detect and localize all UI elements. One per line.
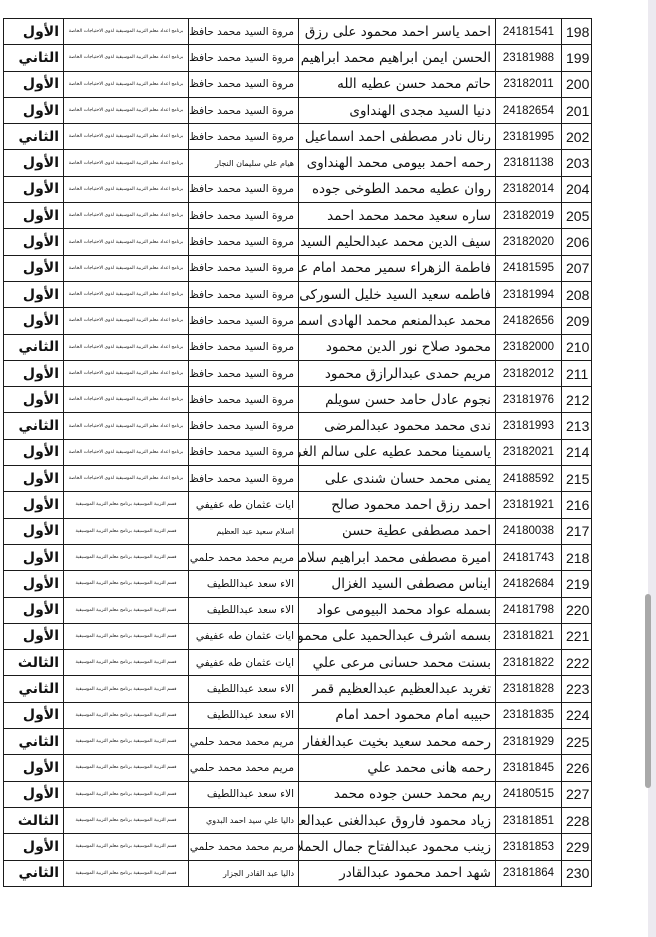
student-roster-table: 198 24181541 احمد ياسر احمد محمود على رز… xyxy=(3,18,592,887)
program-cell: برنامج اعداد معلم التربية الموسيقية لذوي… xyxy=(64,360,189,386)
student-id-cell: 23182012 xyxy=(496,360,562,386)
group-cell: الأول xyxy=(4,150,64,176)
student-id-cell: 23181821 xyxy=(496,623,562,649)
student-id-cell: 23182020 xyxy=(496,229,562,255)
row-number-cell: 215 xyxy=(562,466,592,492)
row-number-cell: 217 xyxy=(562,518,592,544)
row-number-cell: 225 xyxy=(562,729,592,755)
row-number-cell: 216 xyxy=(562,492,592,518)
group-cell: الأول xyxy=(4,281,64,307)
student-id-cell: 23181822 xyxy=(496,650,562,676)
student-name-cell: نجوم عادل حامد حسن سويلم xyxy=(299,387,496,413)
supervisor-cell: مروة السيد محمد حافظ xyxy=(189,71,299,97)
program-cell: برنامج اعداد معلم التربية الموسيقية لذوي… xyxy=(64,19,189,45)
supervisor-cell: الاء سعد عبداللطيف xyxy=(189,702,299,728)
student-id-cell: 23181976 xyxy=(496,387,562,413)
supervisor-cell: مروة السيد محمد حافظ xyxy=(189,124,299,150)
student-id-cell: 23181995 xyxy=(496,124,562,150)
supervisor-cell: مروة السيد محمد حافظ xyxy=(189,176,299,202)
supervisor-cell: مريم محمد محمد حلمي xyxy=(189,834,299,860)
student-name-cell: تغريد عبدالعظيم عبدالعظيم قمر xyxy=(299,676,496,702)
student-name-cell: الحسن ايمن ابراهيم محمد ابراهيم xyxy=(299,45,496,71)
student-id-cell: 23181988 xyxy=(496,45,562,71)
group-cell: الأول xyxy=(4,544,64,570)
program-cell: قسم التربية الموسيقية برنامج معلم التربي… xyxy=(64,492,189,518)
table-row: 220 24181798 بسمله عواد محمد البيومى عوا… xyxy=(4,597,592,623)
program-cell: برنامج اعداد معلم التربية الموسيقية لذوي… xyxy=(64,124,189,150)
program-cell: برنامج اعداد معلم التربية الموسيقية لذوي… xyxy=(64,255,189,281)
program-cell: برنامج اعداد معلم التربية الموسيقية لذوي… xyxy=(64,71,189,97)
table-row: 229 23181853 زينب محمود عبدالفتاح جمال ا… xyxy=(4,834,592,860)
student-id-cell: 23181828 xyxy=(496,676,562,702)
program-cell: برنامج اعداد معلم التربية الموسيقية لذوي… xyxy=(64,150,189,176)
student-id-cell: 23181929 xyxy=(496,729,562,755)
supervisor-cell: مروة السيد محمد حافظ xyxy=(189,229,299,255)
row-number-cell: 202 xyxy=(562,124,592,150)
table-row: 225 23181929 رحمه محمد سعيد بخيت عبدالغف… xyxy=(4,729,592,755)
row-number-cell: 224 xyxy=(562,702,592,728)
table-row: 221 23181821 بسمه اشرف عبدالحميد على محم… xyxy=(4,623,592,649)
student-name-cell: بسنت محمد حسانى مرعى علي xyxy=(299,650,496,676)
supervisor-cell: الاء سعد عبداللطيف xyxy=(189,781,299,807)
supervisor-cell: الاء سعد عبداللطيف xyxy=(189,676,299,702)
row-number-cell: 228 xyxy=(562,807,592,833)
student-id-cell: 24181595 xyxy=(496,255,562,281)
student-name-cell: ياسمينا محمد عطيه على سالم الغرباوى xyxy=(299,439,496,465)
student-id-cell: 23182011 xyxy=(496,71,562,97)
table-row: 227 24180515 ريم محمد حسن جوده محمد الاء… xyxy=(4,781,592,807)
group-cell: الثاني xyxy=(4,124,64,150)
group-cell: الأول xyxy=(4,71,64,97)
group-cell: الأول xyxy=(4,308,64,334)
group-cell: الأول xyxy=(4,834,64,860)
table-row: 206 23182020 سيف الدين محمد عبدالحليم ال… xyxy=(4,229,592,255)
row-number-cell: 201 xyxy=(562,97,592,123)
student-id-cell: 23182021 xyxy=(496,439,562,465)
table-row: 226 23181845 رحمه هانى محمد علي مريم محم… xyxy=(4,755,592,781)
supervisor-cell: ايات عثمان طه عفيفي xyxy=(189,492,299,518)
row-number-cell: 229 xyxy=(562,834,592,860)
student-id-cell: 24181798 xyxy=(496,597,562,623)
student-id-cell: 24181541 xyxy=(496,19,562,45)
student-name-cell: محمود صلاح نور الدين محمود xyxy=(299,334,496,360)
student-id-cell: 24182654 xyxy=(496,97,562,123)
table-row: 228 23181851 زياد محمود فاروق عبدالغنى ع… xyxy=(4,807,592,833)
supervisor-cell: مروة السيد محمد حافظ xyxy=(189,45,299,71)
roster-body: 198 24181541 احمد ياسر احمد محمود على رز… xyxy=(4,19,592,887)
program-cell: قسم التربية الموسيقية برنامج معلم التربي… xyxy=(64,544,189,570)
student-id-cell: 23181994 xyxy=(496,281,562,307)
supervisor-cell: داليا علي سيد احمد البدوي xyxy=(189,807,299,833)
student-name-cell: حبيبه امام محمود احمد امام xyxy=(299,702,496,728)
group-cell: الثاني xyxy=(4,676,64,702)
student-name-cell: فاطمة الزهراء سمير محمد امام على xyxy=(299,255,496,281)
student-id-cell: 24188592 xyxy=(496,466,562,492)
program-cell: برنامج اعداد معلم التربية الموسيقية لذوي… xyxy=(64,466,189,492)
supervisor-cell: مروة السيد محمد حافظ xyxy=(189,466,299,492)
student-id-cell: 23181835 xyxy=(496,702,562,728)
table-row: 204 23182014 روان عطيه محمد الطوخى جوده … xyxy=(4,176,592,202)
table-row: 218 24181743 اميرة مصطفى محمد ابراهيم سل… xyxy=(4,544,592,570)
program-cell: قسم التربية الموسيقية برنامج معلم التربي… xyxy=(64,807,189,833)
student-id-cell: 24182656 xyxy=(496,308,562,334)
student-name-cell: احمد مصطفى عطية حسن xyxy=(299,518,496,544)
program-cell: برنامج اعداد معلم التربية الموسيقية لذوي… xyxy=(64,308,189,334)
table-row: 222 23181822 بسنت محمد حسانى مرعى علي اي… xyxy=(4,650,592,676)
supervisor-cell: مروة السيد محمد حافظ xyxy=(189,387,299,413)
program-cell: قسم التربية الموسيقية برنامج معلم التربي… xyxy=(64,676,189,702)
group-cell: الأول xyxy=(4,597,64,623)
table-row: 205 23182019 ساره سعيد محمد محمد احمد مر… xyxy=(4,203,592,229)
row-number-cell: 219 xyxy=(562,571,592,597)
program-cell: قسم التربية الموسيقية برنامج معلم التربي… xyxy=(64,597,189,623)
row-number-cell: 220 xyxy=(562,597,592,623)
table-row: 214 23182021 ياسمينا محمد عطيه على سالم … xyxy=(4,439,592,465)
group-cell: الأول xyxy=(4,360,64,386)
student-id-cell: 23182014 xyxy=(496,176,562,202)
program-cell: برنامج اعداد معلم التربية الموسيقية لذوي… xyxy=(64,176,189,202)
program-cell: قسم التربية الموسيقية برنامج معلم التربي… xyxy=(64,650,189,676)
group-cell: الأول xyxy=(4,623,64,649)
table-row: 207 24181595 فاطمة الزهراء سمير محمد اما… xyxy=(4,255,592,281)
student-id-cell: 23181138 xyxy=(496,150,562,176)
row-number-cell: 205 xyxy=(562,203,592,229)
student-id-cell: 23181851 xyxy=(496,807,562,833)
program-cell: قسم التربية الموسيقية برنامج معلم التربي… xyxy=(64,702,189,728)
row-number-cell: 204 xyxy=(562,176,592,202)
program-cell: برنامج اعداد معلم التربية الموسيقية لذوي… xyxy=(64,281,189,307)
student-name-cell: حاتم محمد حسن عطيه الله xyxy=(299,71,496,97)
row-number-cell: 230 xyxy=(562,860,592,886)
program-cell: برنامج اعداد معلم التربية الموسيقية لذوي… xyxy=(64,413,189,439)
table-row: 230 23181864 شهد احمد محمود عبدالقادر دا… xyxy=(4,860,592,886)
student-name-cell: رحمه هانى محمد علي xyxy=(299,755,496,781)
student-name-cell: رحمه محمد سعيد بخيت عبدالغفار xyxy=(299,729,496,755)
row-number-cell: 208 xyxy=(562,281,592,307)
program-cell: برنامج اعداد معلم التربية الموسيقية لذوي… xyxy=(64,334,189,360)
row-number-cell: 207 xyxy=(562,255,592,281)
row-number-cell: 210 xyxy=(562,334,592,360)
table-row: 219 24182684 ايناس مصطفى السيد الغزال ال… xyxy=(4,571,592,597)
student-name-cell: زياد محمود فاروق عبدالغنى عبدالعال xyxy=(299,807,496,833)
program-cell: قسم التربية الموسيقية برنامج معلم التربي… xyxy=(64,571,189,597)
table-row: 224 23181835 حبيبه امام محمود احمد امام … xyxy=(4,702,592,728)
table-row: 202 23181995 رنال نادر مصطفى احمد اسماعي… xyxy=(4,124,592,150)
program-cell: برنامج اعداد معلم التربية الموسيقية لذوي… xyxy=(64,45,189,71)
table-row: 208 23181994 فاطمه سعيد السيد خليل السور… xyxy=(4,281,592,307)
row-number-cell: 214 xyxy=(562,439,592,465)
group-cell: الأول xyxy=(4,571,64,597)
supervisor-cell: هيام علي سليمان النجار xyxy=(189,150,299,176)
student-name-cell: ندى محمد محمود عبدالمرضى xyxy=(299,413,496,439)
table-row: 215 24188592 يمنى محمد حسان شندى على مرو… xyxy=(4,466,592,492)
student-id-cell: 23181921 xyxy=(496,492,562,518)
group-cell: الأول xyxy=(4,439,64,465)
table-row: 216 23181921 احمد رزق احمد محمود صالح اي… xyxy=(4,492,592,518)
supervisor-cell: مروة السيد محمد حافظ xyxy=(189,308,299,334)
group-cell: الأول xyxy=(4,203,64,229)
student-name-cell: احمد رزق احمد محمود صالح xyxy=(299,492,496,518)
student-name-cell: شهد احمد محمود عبدالقادر xyxy=(299,860,496,886)
program-cell: برنامج اعداد معلم التربية الموسيقية لذوي… xyxy=(64,439,189,465)
table-row: 217 24180038 احمد مصطفى عطية حسن اسلام س… xyxy=(4,518,592,544)
table-row: 223 23181828 تغريد عبدالعظيم عبدالعظيم ق… xyxy=(4,676,592,702)
group-cell: الأول xyxy=(4,255,64,281)
table-row: 211 23182012 مريم حمدى عبدالرازق محمود م… xyxy=(4,360,592,386)
group-cell: الأول xyxy=(4,19,64,45)
program-cell: قسم التربية الموسيقية برنامج معلم التربي… xyxy=(64,834,189,860)
program-cell: برنامج اعداد معلم التربية الموسيقية لذوي… xyxy=(64,229,189,255)
supervisor-cell: مروة السيد محمد حافظ xyxy=(189,334,299,360)
program-cell: برنامج اعداد معلم التربية الموسيقية لذوي… xyxy=(64,97,189,123)
supervisor-cell: مروة السيد محمد حافظ xyxy=(189,360,299,386)
student-name-cell: ساره سعيد محمد محمد احمد xyxy=(299,203,496,229)
group-cell: الثاني xyxy=(4,860,64,886)
student-name-cell: رحمه احمد بيومى محمد الهنداوى xyxy=(299,150,496,176)
program-cell: قسم التربية الموسيقية برنامج معلم التربي… xyxy=(64,781,189,807)
supervisor-cell: مريم محمد محمد حلمي xyxy=(189,729,299,755)
supervisor-cell: مروة السيد محمد حافظ xyxy=(189,413,299,439)
group-cell: الثاني xyxy=(4,45,64,71)
group-cell: الأول xyxy=(4,97,64,123)
student-id-cell: 23182019 xyxy=(496,203,562,229)
supervisor-cell: مريم محمد محمد حلمي xyxy=(189,544,299,570)
supervisor-cell: مروة السيد محمد حافظ xyxy=(189,281,299,307)
table-row: 210 23182000 محمود صلاح نور الدين محمود … xyxy=(4,334,592,360)
program-cell: قسم التربية الموسيقية برنامج معلم التربي… xyxy=(64,860,189,886)
student-id-cell: 24180515 xyxy=(496,781,562,807)
program-cell: برنامج اعداد معلم التربية الموسيقية لذوي… xyxy=(64,203,189,229)
student-name-cell: محمد عبدالمنعم محمد الهادى اسماعيل xyxy=(299,308,496,334)
program-cell: قسم التربية الموسيقية برنامج معلم التربي… xyxy=(64,518,189,544)
student-name-cell: احمد ياسر احمد محمود على رزق xyxy=(299,19,496,45)
group-cell: الأول xyxy=(4,755,64,781)
group-cell: الثالث xyxy=(4,650,64,676)
student-id-cell: 23181853 xyxy=(496,834,562,860)
group-cell: الأول xyxy=(4,229,64,255)
row-number-cell: 198 xyxy=(562,19,592,45)
supervisor-cell: ايات عثمان طه عفيفي xyxy=(189,650,299,676)
student-name-cell: بسمله عواد محمد البيومى عواد xyxy=(299,597,496,623)
table-row: 198 24181541 احمد ياسر احمد محمود على رز… xyxy=(4,19,592,45)
group-cell: الأول xyxy=(4,492,64,518)
table-row: 201 24182654 دنيا السيد مجدى الهنداوى مر… xyxy=(4,97,592,123)
row-number-cell: 200 xyxy=(562,71,592,97)
student-name-cell: يمنى محمد حسان شندى على xyxy=(299,466,496,492)
document-page: 198 24181541 احمد ياسر احمد محمود على رز… xyxy=(0,0,648,937)
table-row: 212 23181976 نجوم عادل حامد حسن سويلم مر… xyxy=(4,387,592,413)
group-cell: الأول xyxy=(4,387,64,413)
row-number-cell: 212 xyxy=(562,387,592,413)
student-name-cell: فاطمه سعيد السيد خليل السوركى xyxy=(299,281,496,307)
supervisor-cell: مروة السيد محمد حافظ xyxy=(189,439,299,465)
group-cell: الثاني xyxy=(4,729,64,755)
group-cell: الأول xyxy=(4,176,64,202)
student-id-cell: 24182684 xyxy=(496,571,562,597)
row-number-cell: 218 xyxy=(562,544,592,570)
group-cell: الثالث xyxy=(4,807,64,833)
student-name-cell: ايناس مصطفى السيد الغزال xyxy=(299,571,496,597)
row-number-cell: 209 xyxy=(562,308,592,334)
supervisor-cell: مروة السيد محمد حافظ xyxy=(189,19,299,45)
student-id-cell: 23182000 xyxy=(496,334,562,360)
row-number-cell: 221 xyxy=(562,623,592,649)
group-cell: الأول xyxy=(4,466,64,492)
row-number-cell: 213 xyxy=(562,413,592,439)
vertical-scrollbar-track[interactable] xyxy=(648,0,656,937)
row-number-cell: 223 xyxy=(562,676,592,702)
student-id-cell: 23181993 xyxy=(496,413,562,439)
student-id-cell: 24181743 xyxy=(496,544,562,570)
student-name-cell: مريم حمدى عبدالرازق محمود xyxy=(299,360,496,386)
row-number-cell: 227 xyxy=(562,781,592,807)
group-cell: الأول xyxy=(4,702,64,728)
supervisor-cell: الاء سعد عبداللطيف xyxy=(189,571,299,597)
supervisor-cell: الاء سعد عبداللطيف xyxy=(189,597,299,623)
student-name-cell: سيف الدين محمد عبدالحليم السيد الدغيدى xyxy=(299,229,496,255)
supervisor-cell: مروة السيد محمد حافظ xyxy=(189,203,299,229)
supervisor-cell: داليا عبد القادر الجزار xyxy=(189,860,299,886)
student-name-cell: زينب محمود عبدالفتاح جمال الحملاوى xyxy=(299,834,496,860)
vertical-scrollbar-thumb[interactable] xyxy=(645,594,651,788)
student-name-cell: اميرة مصطفى محمد ابراهيم سلامة xyxy=(299,544,496,570)
supervisor-cell: اسلام سعيد عبد العظيم xyxy=(189,518,299,544)
table-row: 209 24182656 محمد عبدالمنعم محمد الهادى … xyxy=(4,308,592,334)
table-row: 213 23181993 ندى محمد محمود عبدالمرضى مر… xyxy=(4,413,592,439)
supervisor-cell: مروة السيد محمد حافظ xyxy=(189,255,299,281)
student-name-cell: رنال نادر مصطفى احمد اسماعيل xyxy=(299,124,496,150)
row-number-cell: 203 xyxy=(562,150,592,176)
table-row: 203 23181138 رحمه احمد بيومى محمد الهندا… xyxy=(4,150,592,176)
program-cell: قسم التربية الموسيقية برنامج معلم التربي… xyxy=(64,623,189,649)
student-name-cell: دنيا السيد مجدى الهنداوى xyxy=(299,97,496,123)
supervisor-cell: مريم محمد محمد حلمي xyxy=(189,755,299,781)
student-id-cell: 24180038 xyxy=(496,518,562,544)
student-name-cell: روان عطيه محمد الطوخى جوده xyxy=(299,176,496,202)
student-name-cell: ريم محمد حسن جوده محمد xyxy=(299,781,496,807)
group-cell: الثاني xyxy=(4,413,64,439)
table-row: 200 23182011 حاتم محمد حسن عطيه الله مرو… xyxy=(4,71,592,97)
supervisor-cell: ايات عثمان طه عفيفي xyxy=(189,623,299,649)
group-cell: الأول xyxy=(4,781,64,807)
row-number-cell: 226 xyxy=(562,755,592,781)
program-cell: قسم التربية الموسيقية برنامج معلم التربي… xyxy=(64,755,189,781)
row-number-cell: 211 xyxy=(562,360,592,386)
program-cell: قسم التربية الموسيقية برنامج معلم التربي… xyxy=(64,729,189,755)
row-number-cell: 206 xyxy=(562,229,592,255)
row-number-cell: 222 xyxy=(562,650,592,676)
student-id-cell: 23181845 xyxy=(496,755,562,781)
row-number-cell: 199 xyxy=(562,45,592,71)
supervisor-cell: مروة السيد محمد حافظ xyxy=(189,97,299,123)
group-cell: الثاني xyxy=(4,334,64,360)
program-cell: برنامج اعداد معلم التربية الموسيقية لذوي… xyxy=(64,387,189,413)
student-id-cell: 23181864 xyxy=(496,860,562,886)
group-cell: الأول xyxy=(4,518,64,544)
student-name-cell: بسمه اشرف عبدالحميد على محمود xyxy=(299,623,496,649)
table-row: 199 23181988 الحسن ايمن ابراهيم محمد ابر… xyxy=(4,45,592,71)
